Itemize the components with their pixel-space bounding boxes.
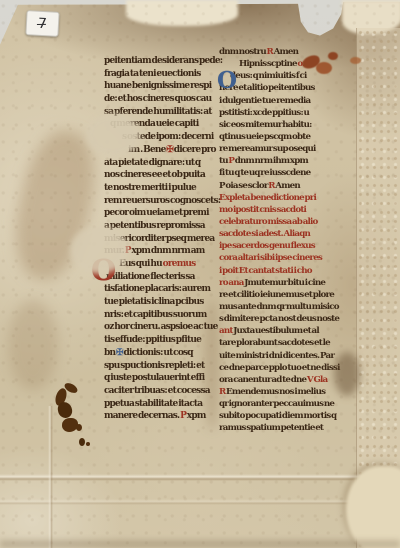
manuscript-text-line: ata pietate dignare: ut q	[104, 157, 218, 170]
manuscript-text-line: tu P dnm nrm ihm xpm	[219, 155, 353, 167]
manuscript-text-line: tis effude: ppitius pfitue	[104, 334, 218, 347]
manuscript-text-line: sic eos mitemur habitu:	[219, 119, 353, 131]
manuscript-text-line: bn ✠ dictionis: ut cosq	[104, 347, 218, 360]
manuscript-text-line: s dimitere pcta nost deus noste	[219, 313, 353, 325]
manuscript-text-line: ro ana Jmutemur bitu i cine	[219, 277, 353, 289]
manuscript-text-line: re mereamur sup osequi	[219, 143, 353, 155]
manuscript-text-line: miliatione flecteris sa	[104, 271, 218, 284]
manuscript-text-line: spu spuctionis repleti: et	[104, 360, 218, 373]
manuscript-text-line: cora altari sibi ipse cineres	[219, 252, 353, 264]
manuscript-text-line: Expleta benedictione pri	[219, 192, 353, 204]
manuscript-text-line: ant Juxta uestibulum et al	[219, 325, 353, 337]
manuscript-text-line: ramus spatium petentie et	[219, 422, 353, 434]
photo-mat-background: peitentiam desiderans pede:fragia ta ten…	[0, 0, 400, 548]
manuscript-text-line: ppetua stabilitate itacta	[104, 398, 218, 411]
manuscript-text-line: oz hor cineru. aspsioe ac tue	[104, 321, 218, 334]
manuscript-text-line: ipe sacerdos genu flexus	[219, 240, 353, 252]
manuscript-text-line: q merenda ueie capiti	[104, 118, 218, 131]
manuscript-text-line: qtinus ueie pscqm obte	[219, 131, 353, 143]
manuscript-text-line: qr ignoranter peccauimus ne	[219, 398, 353, 410]
manuscript-text-line: manere decernas. P xpm	[104, 410, 218, 423]
manuscript-text-line: subito pocupati diem mortis q	[219, 410, 353, 422]
manuscript-text-line: a petentibus repromissa	[104, 220, 218, 233]
text-column-right: dnm nostru R AmenHipnis scptine ozdeus: …	[219, 46, 353, 435]
illuminated-initial: O	[217, 67, 236, 94]
manuscript-text-line: tue pietatis iclina pcibus	[104, 296, 218, 309]
manuscript-text-line: misericorditer pseq merea	[104, 233, 218, 246]
manuscript-text-line: nos cineres ee et ob puita	[104, 169, 218, 182]
manuscript-text-line: ora canentur ad te dne V Gla	[219, 374, 353, 386]
manuscript-text-line: tare plorabunt sacdotes et le	[219, 337, 353, 349]
manuscript-text-line: fi tu q te uq re iusscdene	[219, 167, 353, 179]
manuscript-text-line: ce dne parce pplo tuo et ne dissi	[219, 362, 353, 374]
manuscript-text-line: uite ministri dni dicentes. Par	[219, 350, 353, 362]
text-column-left: peitentiam desiderans pede:fragia ta ten…	[104, 55, 218, 423]
manuscript-text-line: mus ante dnm qr multu misico	[219, 301, 353, 313]
manuscript-text-line: rem reuersuros cognoscets:	[104, 195, 218, 208]
manuscript-text-line: mo ipostit cnis sacdoti	[219, 204, 353, 216]
manuscript-text-line: mur. P xpm dnm nrm am	[104, 245, 218, 258]
manuscript-text-line: R Emendemus nos i melius	[219, 386, 353, 398]
shelfmark-number: 7	[38, 15, 48, 31]
manuscript-text-line: te nostre meriti i pulue	[104, 182, 218, 195]
manuscript-text-line: nris: et capitibus suorum	[104, 309, 218, 322]
manuscript-text-line: i poit Et cantat stati i cho	[219, 265, 353, 277]
manuscript-text-line: Eus qui hu oremus	[104, 258, 218, 271]
manuscript-text-line: pstitisti: xcde ppitius: u	[219, 107, 353, 119]
manuscript-text-line: im . Bene ✠ dicere pro	[104, 144, 218, 157]
manuscript-text-line: s ostede ipom: decerni	[104, 131, 218, 144]
manuscript-text-line: huane benignissime respi	[104, 80, 218, 93]
manuscript-text-line: fragia ta teni euectionis	[104, 68, 218, 81]
manuscript-text-line: tisfatione placaris: aurem	[104, 283, 218, 296]
manuscript-text-line: sa pferende humilitatis: at	[104, 106, 218, 119]
manuscript-text-line: re et cilitio ieiunemus et plore	[219, 289, 353, 301]
manuscript-text-line: sacdote si adest. Aliaqn	[219, 228, 353, 240]
manuscript-text-line: deus: q nimiuitis f ci	[219, 70, 353, 82]
manuscript-text-line: dnm nostru R Amen	[219, 46, 353, 58]
manuscript-text-line: Hipnis scptine oz	[219, 58, 353, 70]
manuscript-text-line: caciter tribuas: et cocessa	[104, 385, 218, 398]
manuscript-text-line: q iuste postulauerint effi	[104, 372, 218, 385]
manuscript-text-line: celebraturo missa ab alio	[219, 216, 353, 228]
illuminated-initial: O	[91, 253, 115, 287]
manuscript-text-line: nere et alitio peitentibus	[219, 82, 353, 94]
manuscript-text-line: de: et hos cineres quos cau	[104, 93, 218, 106]
manuscript-text-line: pecor oim ueiam et premi	[104, 207, 218, 220]
manuscript-text-line: peitentiam desiderans pede:	[104, 55, 218, 68]
manuscript-text-line: P oia se sclor R Amen	[219, 180, 353, 192]
manuscript-text-line: i dulgentie tue remedia	[219, 95, 353, 107]
shelfmark-label: 7	[25, 10, 59, 37]
